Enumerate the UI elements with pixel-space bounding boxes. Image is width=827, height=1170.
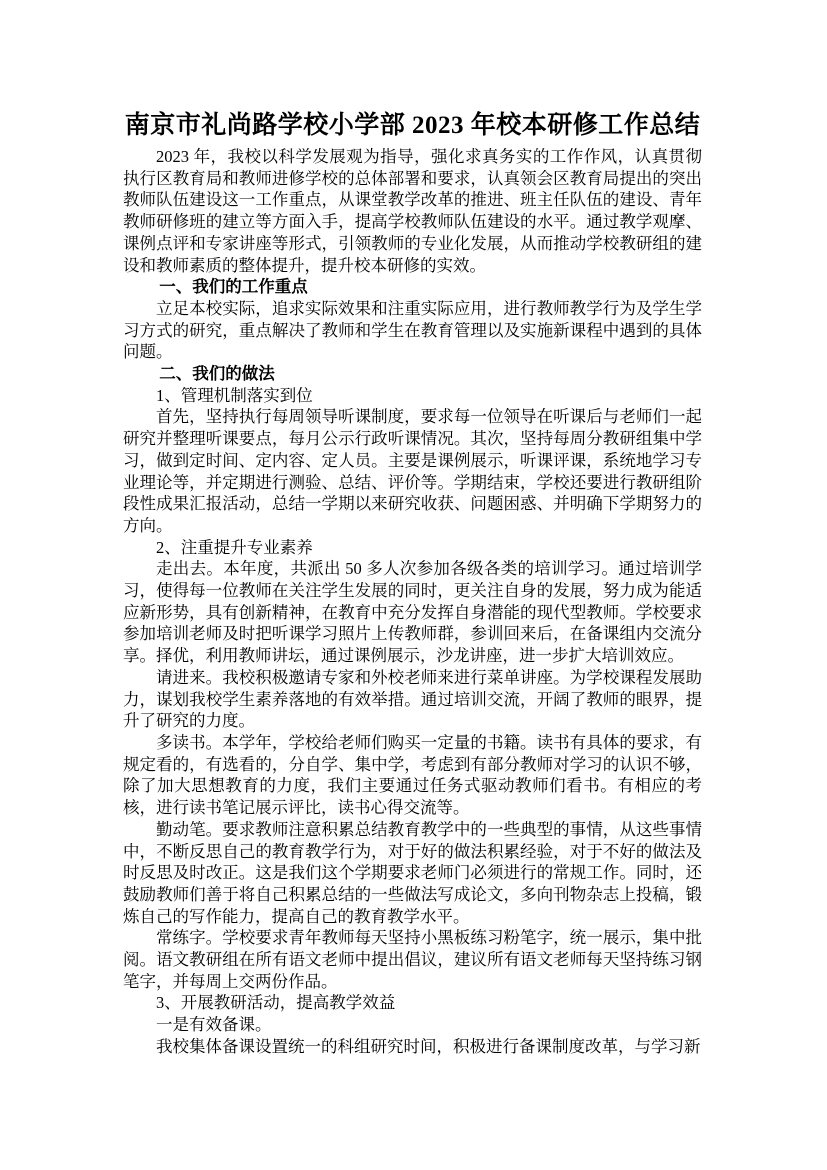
paragraph-focus: 立足本校实际，追求实际效果和注重实际应用，进行教师教学行为及学生学习方式的研究，… [123, 298, 702, 363]
paragraph-going-out: 走出去。本年度，共派出 50 多人次参加各级各类的培训学习。通过培训学习，使得每… [123, 558, 702, 667]
section-heading-2: 二、我们的做法 [123, 363, 702, 385]
paragraph-calligraphy: 常练字。学校要求青年教师每天坚持小黑板练习粉笔字，统一展示，集中批阅。语文教研组… [123, 927, 702, 992]
paragraph-reading: 多读书。本学年，学校给老师们购买一定量的书籍。读书有具体的要求，有规定看的，有选… [123, 732, 702, 819]
subheading-1-management: 1、管理机制落实到位 [123, 385, 702, 407]
paragraph-inviting-in: 请进来。我校积极邀请专家和外校老师来进行菜单讲座。为学校课程发展助力，谋划我校学… [123, 667, 702, 732]
paragraph-writing: 勤动笔。要求教师注意积累总结教育教学中的一些典型的事情，从这些事情中，不断反思自… [123, 819, 702, 928]
section-heading-1: 一、我们的工作重点 [123, 276, 702, 298]
paragraph-effective-prep: 一是有效备课。 [123, 1014, 702, 1036]
document-title: 南京市礼尚路学校小学部 2023 年校本研修工作总结 [123, 106, 702, 146]
paragraph-group-prep: 我校集体备课设置统一的科组研究时间，积极进行备课制度改革，与学习新 [123, 1036, 702, 1058]
document-page: 南京市礼尚路学校小学部 2023 年校本研修工作总结 2023 年，我校以科学发… [0, 0, 827, 1170]
subheading-3-research: 3、开展教研活动，提高教学效益 [123, 992, 702, 1014]
document-body: 2023 年，我校以科学发展观为指导，强化求真务实的工作作风，认真贯彻执行区教育… [123, 146, 702, 1058]
paragraph-management: 首先，坚持执行每周领导听课制度，要求每一位领导在听课后与老师们一起研究并整理听课… [123, 406, 702, 536]
subheading-2-professional: 2、注重提升专业素养 [123, 537, 702, 559]
paragraph-intro: 2023 年，我校以科学发展观为指导，强化求真务实的工作作风，认真贯彻执行区教育… [123, 146, 702, 276]
